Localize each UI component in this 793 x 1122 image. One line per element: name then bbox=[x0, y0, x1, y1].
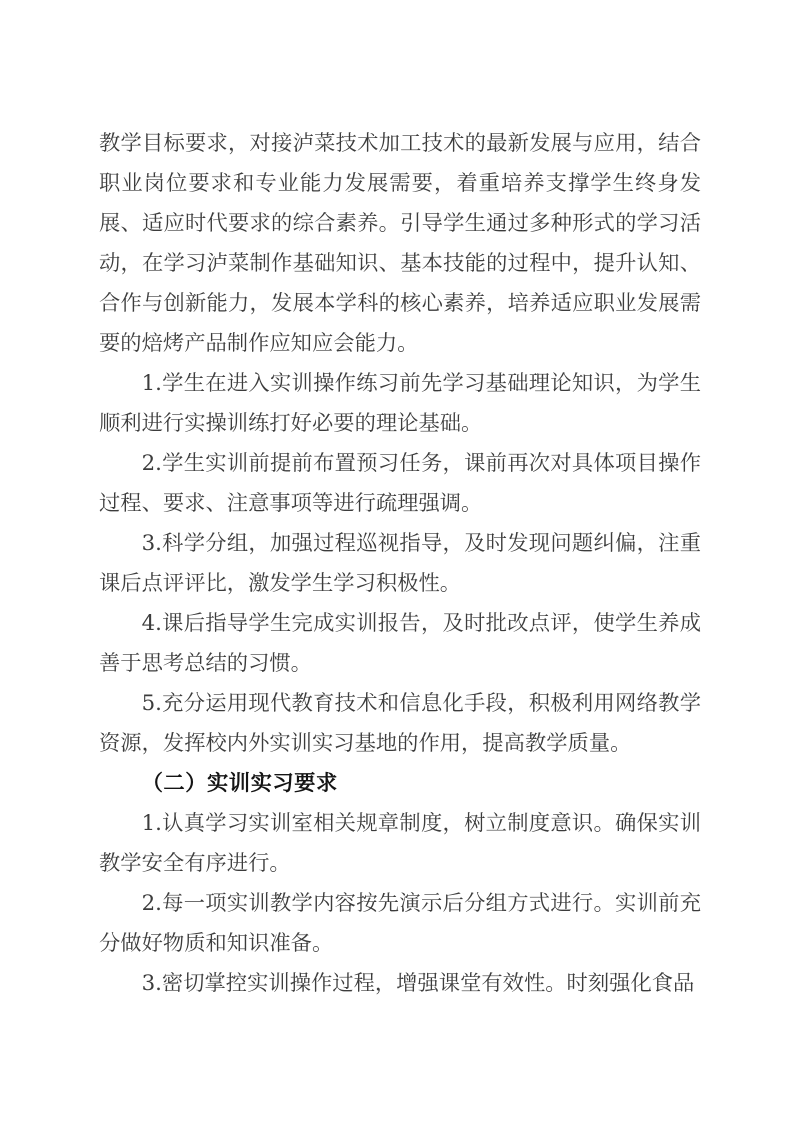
paragraph-item-2: 2.学生实训前提前布置预习任务，课前再次对具体项目操作过程、要求、注意事项等进行… bbox=[99, 444, 701, 524]
paragraph-item-4: 4.课后指导学生完成实训报告，及时批改点评，使学生养成善于思考总结的习惯。 bbox=[99, 604, 701, 684]
paragraph-item-3: 3.科学分组，加强过程巡视指导，及时发现问题纠偏，注重课后点评评比，激发学生学习… bbox=[99, 524, 701, 604]
paragraph-requirement-1: 1.认真学习实训室相关规章制度，树立制度意识。确保实训教学安全有序进行。 bbox=[99, 804, 701, 884]
paragraph-item-1: 1.学生在进入实训操作练习前先学习基础理论知识，为学生顺利进行实操训练打好必要的… bbox=[99, 364, 701, 444]
document-body: 教学目标要求，对接泸菜技术加工技术的最新发展与应用，结合职业岗位要求和专业能力发… bbox=[99, 124, 701, 1004]
paragraph-item-5: 5.充分运用现代教育技术和信息化手段，积极利用网络教学资源，发挥校内外实训实习基… bbox=[99, 684, 701, 764]
paragraph-teaching-goals: 教学目标要求，对接泸菜技术加工技术的最新发展与应用，结合职业岗位要求和专业能力发… bbox=[99, 124, 701, 364]
document-page: 教学目标要求，对接泸菜技术加工技术的最新发展与应用，结合职业岗位要求和专业能力发… bbox=[0, 0, 793, 1122]
section-heading-practical-training-requirements: （二）实训实习要求 bbox=[99, 764, 701, 804]
paragraph-requirement-3: 3.密切掌控实训操作过程，增强课堂有效性。时刻强化食品 bbox=[99, 964, 701, 1004]
paragraph-requirement-2: 2.每一项实训教学内容按先演示后分组方式进行。实训前充分做好物质和知识准备。 bbox=[99, 884, 701, 964]
